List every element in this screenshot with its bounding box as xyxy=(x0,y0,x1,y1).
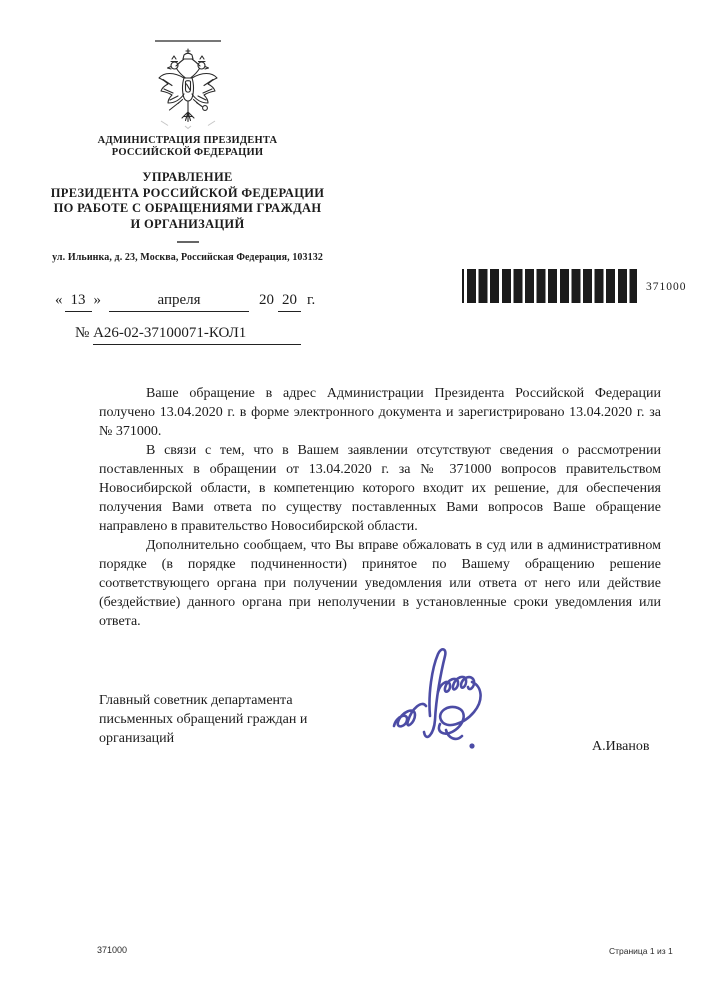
body-paragraph-3: Дополнительно сообщаем, что Вы вправе об… xyxy=(99,536,661,631)
org-name: АДМИНИСТРАЦИЯ ПРЕЗИДЕНТА РОССИЙСКОЙ ФЕДЕ… xyxy=(40,135,335,158)
letter-page: АДМИНИСТРАЦИЯ ПРЕЗИДЕНТА РОССИЙСКОЙ ФЕДЕ… xyxy=(0,0,706,1000)
letterhead-divider xyxy=(177,241,199,243)
signer-title: Главный советник департамента письменных… xyxy=(99,691,337,748)
barcode-bars xyxy=(467,269,637,303)
date-suffix: г. xyxy=(307,292,315,309)
reference-number: № А26-02-37100071-КОЛ1 xyxy=(75,325,301,342)
org-name-line-2: РОССИЙСКОЙ ФЕДЕРАЦИИ xyxy=(40,147,335,159)
dept-name-line-2: ПРЕЗИДЕНТА РОССИЙСКОЙ ФЕДЕРАЦИИ xyxy=(40,186,335,202)
date-open-quote: « xyxy=(55,292,63,309)
coat-of-arms-icon xyxy=(156,48,220,130)
date-line: « 13 » апреля 20 20 г. xyxy=(55,292,315,312)
barcode-value: 371000 xyxy=(646,281,687,293)
dept-name: УПРАВЛЕНИЕ ПРЕЗИДЕНТА РОССИЙСКОЙ ФЕДЕРАЦ… xyxy=(40,170,335,232)
barcode-bars xyxy=(462,269,464,303)
body-paragraph-1: Ваше обращение в адрес Администрации Пре… xyxy=(99,384,661,441)
letterhead: АДМИНИСТРАЦИЯ ПРЕЗИДЕНТА РОССИЙСКОЙ ФЕДЕ… xyxy=(40,0,335,263)
date-close-quote: » xyxy=(94,292,102,309)
date-day: 13 xyxy=(65,292,92,312)
signer-name: А.Иванов xyxy=(592,739,649,755)
signature-ink-icon xyxy=(388,642,496,760)
footer-right-page: Страница 1 из 1 xyxy=(609,946,673,956)
date-month: апреля xyxy=(109,292,249,312)
dept-name-line-1: УПРАВЛЕНИЕ xyxy=(40,170,335,186)
footer-left-number: 371000 xyxy=(97,945,127,955)
date-century: 20 xyxy=(259,292,274,309)
org-name-line-1: АДМИНИСТРАЦИЯ ПРЕЗИДЕНТА xyxy=(40,135,335,147)
dept-name-line-3: ПО РАБОТЕ С ОБРАЩЕНИЯМИ ГРАЖДАН xyxy=(40,201,335,217)
body-paragraph-2: В связи с тем, что в Вашем заявлении отс… xyxy=(99,441,661,536)
date-year: 20 xyxy=(278,292,301,312)
barcode xyxy=(462,269,637,303)
body-text: Ваше обращение в адрес Администрации Пре… xyxy=(99,384,661,631)
dept-name-line-4: И ОРГАНИЗАЦИЙ xyxy=(40,217,335,233)
letterhead-top-rule xyxy=(155,40,221,42)
reference-value: А26-02-37100071-КОЛ1 xyxy=(93,325,301,345)
reference-prefix: № xyxy=(75,325,89,341)
letterhead-address: ул. Ильинка, д. 23, Москва, Российская Ф… xyxy=(40,252,335,263)
